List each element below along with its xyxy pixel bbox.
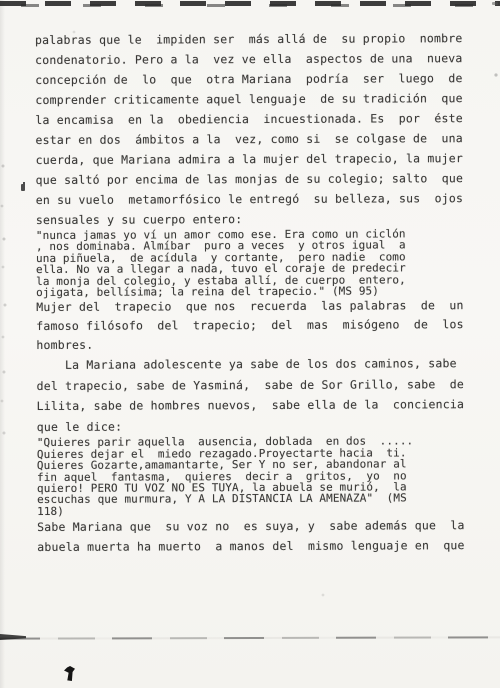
- block-quote-1: "nunca jamas yo ví un amor como ese. Era…: [36, 228, 481, 298]
- scanned-page: palabras que le impiden ser más allá de …: [0, 0, 500, 688]
- ink-mark-bottom: [64, 666, 75, 681]
- margin-ink-mark: [21, 184, 25, 191]
- paragraph-1: palabras que le impiden ser más allá de …: [35, 28, 481, 230]
- scan-line-artifact-bottom: [0, 636, 500, 639]
- scan-edge-shading: [0, 0, 5, 688]
- block-quote-2: "Quieres parir aquella ausencia, doblada…: [37, 435, 482, 517]
- paragraph-2: Mujer del trapecio que nos recuerda las …: [36, 296, 481, 355]
- paragraph-4: Sabe Mariana que su voz no es suya, y sa…: [37, 515, 482, 557]
- scan-edge-artifact-top: [0, 0, 500, 10]
- paragraph-3: La Mariana adolescente ya sabe de los do…: [36, 353, 481, 437]
- edge-dashes-row-secondary: [9, 4, 500, 7]
- scan-corner-mark: [492, 2, 498, 5]
- scan-speckles: [0, 0, 2, 2]
- document-text: palabras que le impiden ser más allá de …: [35, 28, 482, 557]
